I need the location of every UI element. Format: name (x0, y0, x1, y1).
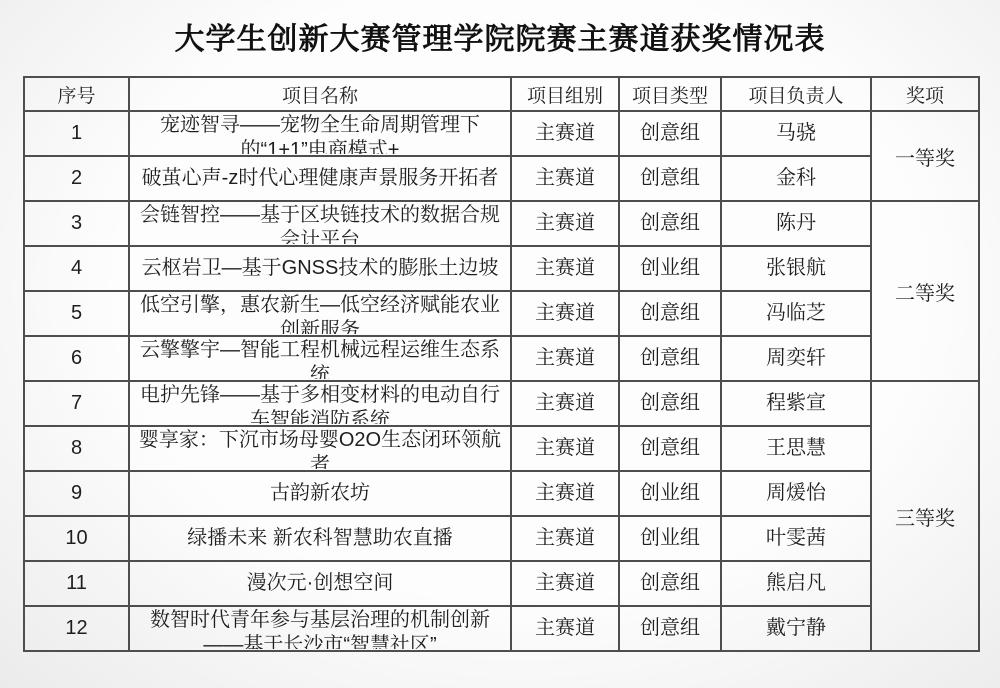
award-cell: 一等奖 (871, 111, 979, 201)
index-cell: 5 (24, 291, 129, 336)
group-text: 主赛道 (515, 616, 615, 641)
project-name-cell: 电护先锋——基于多相变材料的电动自行车智能消防系统 (129, 381, 511, 426)
name-text: 会链智控——基于区块链技术的数据合规会计平台 (133, 203, 507, 244)
group-cell: 主赛道 (511, 336, 619, 381)
index-cell: 12 (24, 606, 129, 651)
name-text: 电护先锋——基于多相变材料的电动自行车智能消防系统 (133, 383, 507, 424)
type-text: 创业组 (623, 256, 717, 281)
table-row: 7电护先锋——基于多相变材料的电动自行车智能消防系统主赛道创意组程紫宣三等奖 (24, 381, 979, 426)
index-cell: 8 (24, 426, 129, 471)
no-text: 12 (28, 616, 125, 641)
group-cell: 主赛道 (511, 111, 619, 156)
index-cell: 6 (24, 336, 129, 381)
group-cell: 主赛道 (511, 156, 619, 201)
scanned-award-table-page: 大学生创新大赛管理学院院赛主赛道获奖情况表 序号 项目名称 项目组别 项目类型 … (0, 0, 1000, 688)
leader-cell: 金科 (721, 156, 871, 201)
type-cell: 创意组 (619, 336, 721, 381)
table-row: 1宠迹智寻——宠物全生命周期管理下的“1+1”电商模式+主赛道创意组马骁一等奖 (24, 111, 979, 156)
no-text: 1 (28, 121, 125, 146)
leader-text: 戴宁静 (725, 616, 867, 641)
no-text: 9 (28, 481, 125, 506)
leader-cell: 马骁 (721, 111, 871, 156)
leader-cell: 叶雯茜 (721, 516, 871, 561)
group-text: 主赛道 (515, 256, 615, 281)
group-text: 主赛道 (515, 166, 615, 191)
table-row: 10绿播未来 新农科智慧助农直播主赛道创业组叶雯茜 (24, 516, 979, 561)
type-text: 创意组 (623, 166, 717, 191)
type-text: 创意组 (623, 616, 717, 641)
header-row: 序号 项目名称 项目组别 项目类型 项目负责人 奖项 (24, 77, 979, 111)
award-label: 二等奖 (875, 277, 975, 306)
group-cell: 主赛道 (511, 381, 619, 426)
name-text: 漫次元·创想空间 (133, 571, 507, 596)
type-cell: 创意组 (619, 426, 721, 471)
leader-cell: 冯临芝 (721, 291, 871, 336)
leader-text: 马骁 (725, 121, 867, 146)
project-name-cell: 婴享家：下沉市场母婴O2O生态闭环领航者 (129, 426, 511, 471)
group-cell: 主赛道 (511, 291, 619, 336)
type-cell: 创业组 (619, 516, 721, 561)
leader-text: 周煖怡 (725, 481, 867, 506)
group-text: 主赛道 (515, 121, 615, 146)
leader-text: 冯临芝 (725, 301, 867, 326)
project-name-cell: 会链智控——基于区块链技术的数据合规会计平台 (129, 201, 511, 246)
table-row: 6云擎擎宇—智能工程机械远程运维生态系统主赛道创意组周奕轩 (24, 336, 979, 381)
type-cell: 创意组 (619, 381, 721, 426)
name-text: 低空引擎，惠农新生—低空经济赋能农业创新服务 (133, 293, 507, 334)
table-row: 9古韵新农坊主赛道创业组周煖怡 (24, 471, 979, 516)
name-text: 古韵新农坊 (133, 481, 507, 506)
no-text: 4 (28, 256, 125, 281)
name-text: 破茧心声-z时代心理健康声景服务开拓者 (133, 166, 507, 191)
no-text: 10 (28, 526, 125, 551)
type-text: 创意组 (623, 391, 717, 416)
group-text: 主赛道 (515, 211, 615, 236)
project-name-cell: 漫次元·创想空间 (129, 561, 511, 606)
table-row: 3会链智控——基于区块链技术的数据合规会计平台主赛道创意组陈丹二等奖 (24, 201, 979, 246)
name-text: 数智时代青年参与基层治理的机制创新——基于长沙市“智慧社区” (133, 608, 507, 649)
group-cell: 主赛道 (511, 561, 619, 606)
index-cell: 7 (24, 381, 129, 426)
type-text: 创意组 (623, 571, 717, 596)
type-cell: 创意组 (619, 201, 721, 246)
leader-text: 金科 (725, 166, 867, 191)
no-text: 2 (28, 166, 125, 191)
type-cell: 创意组 (619, 606, 721, 651)
leader-cell: 戴宁静 (721, 606, 871, 651)
group-text: 主赛道 (515, 571, 615, 596)
project-name-cell: 古韵新农坊 (129, 471, 511, 516)
index-cell: 4 (24, 246, 129, 291)
leader-cell: 程紫宣 (721, 381, 871, 426)
awards-table: 序号 项目名称 项目组别 项目类型 项目负责人 奖项 1宠迹智寻——宠物全生命周… (23, 76, 980, 652)
type-cell: 创业组 (619, 246, 721, 291)
no-text: 7 (28, 391, 125, 416)
project-name-cell: 宠迹智寻——宠物全生命周期管理下的“1+1”电商模式+ (129, 111, 511, 156)
no-text: 8 (28, 436, 125, 461)
type-cell: 创意组 (619, 111, 721, 156)
award-label: 三等奖 (875, 502, 975, 531)
type-cell: 创业组 (619, 471, 721, 516)
group-text: 主赛道 (515, 346, 615, 371)
leader-cell: 王思慧 (721, 426, 871, 471)
name-text: 绿播未来 新农科智慧助农直播 (133, 526, 507, 551)
type-text: 创意组 (623, 346, 717, 371)
group-cell: 主赛道 (511, 246, 619, 291)
leader-cell: 陈丹 (721, 201, 871, 246)
col-header-project-name: 项目名称 (129, 77, 511, 111)
table-row: 11漫次元·创想空间主赛道创意组熊启凡 (24, 561, 979, 606)
table-body: 1宠迹智寻——宠物全生命周期管理下的“1+1”电商模式+主赛道创意组马骁一等奖2… (24, 111, 979, 651)
type-cell: 创意组 (619, 156, 721, 201)
table-header: 序号 项目名称 项目组别 项目类型 项目负责人 奖项 (24, 77, 979, 111)
group-text: 主赛道 (515, 436, 615, 461)
no-text: 3 (28, 211, 125, 236)
leader-text: 熊启凡 (725, 571, 867, 596)
group-text: 主赛道 (515, 301, 615, 326)
leader-cell: 张银航 (721, 246, 871, 291)
group-cell: 主赛道 (511, 426, 619, 471)
project-name-cell: 云擎擎宇—智能工程机械远程运维生态系统 (129, 336, 511, 381)
no-text: 6 (28, 346, 125, 371)
table-row: 4云枢岩卫—基于GNSS技术的膨胀土边坡主赛道创业组张银航 (24, 246, 979, 291)
type-text: 创业组 (623, 526, 717, 551)
award-cell: 三等奖 (871, 381, 979, 651)
award-cell: 二等奖 (871, 201, 979, 381)
index-cell: 2 (24, 156, 129, 201)
name-text: 婴享家：下沉市场母婴O2O生态闭环领航者 (133, 428, 507, 469)
index-cell: 11 (24, 561, 129, 606)
index-cell: 3 (24, 201, 129, 246)
project-name-cell: 破茧心声-z时代心理健康声景服务开拓者 (129, 156, 511, 201)
col-header-award: 奖项 (871, 77, 979, 111)
leader-text: 程紫宣 (725, 391, 867, 416)
col-header-type: 项目类型 (619, 77, 721, 111)
no-text: 5 (28, 301, 125, 326)
type-text: 创意组 (623, 121, 717, 146)
group-cell: 主赛道 (511, 201, 619, 246)
type-text: 创意组 (623, 436, 717, 461)
type-text: 创意组 (623, 211, 717, 236)
project-name-cell: 低空引擎，惠农新生—低空经济赋能农业创新服务 (129, 291, 511, 336)
group-text: 主赛道 (515, 526, 615, 551)
leader-text: 张银航 (725, 256, 867, 281)
table-row: 5低空引擎，惠农新生—低空经济赋能农业创新服务主赛道创意组冯临芝 (24, 291, 979, 336)
leader-text: 王思慧 (725, 436, 867, 461)
leader-text: 陈丹 (725, 211, 867, 236)
leader-cell: 周奕轩 (721, 336, 871, 381)
group-text: 主赛道 (515, 391, 615, 416)
group-cell: 主赛道 (511, 516, 619, 561)
group-cell: 主赛道 (511, 471, 619, 516)
leader-text: 叶雯茜 (725, 526, 867, 551)
leader-cell: 周煖怡 (721, 471, 871, 516)
no-text: 11 (28, 571, 125, 596)
type-text: 创业组 (623, 481, 717, 506)
col-header-leader: 项目负责人 (721, 77, 871, 111)
project-name-cell: 绿播未来 新农科智慧助农直播 (129, 516, 511, 561)
col-header-group: 项目组别 (511, 77, 619, 111)
index-cell: 9 (24, 471, 129, 516)
project-name-cell: 云枢岩卫—基于GNSS技术的膨胀土边坡 (129, 246, 511, 291)
group-text: 主赛道 (515, 481, 615, 506)
type-cell: 创意组 (619, 291, 721, 336)
name-text: 云枢岩卫—基于GNSS技术的膨胀土边坡 (133, 256, 507, 281)
col-header-index: 序号 (24, 77, 129, 111)
page-title: 大学生创新大赛管理学院院赛主赛道获奖情况表 (0, 0, 1000, 58)
table-row: 2破茧心声-z时代心理健康声景服务开拓者主赛道创意组金科 (24, 156, 979, 201)
table-row: 12数智时代青年参与基层治理的机制创新——基于长沙市“智慧社区”主赛道创意组戴宁… (24, 606, 979, 651)
type-text: 创意组 (623, 301, 717, 326)
index-cell: 10 (24, 516, 129, 561)
type-cell: 创意组 (619, 561, 721, 606)
name-text: 云擎擎宇—智能工程机械远程运维生态系统 (133, 338, 507, 379)
leader-cell: 熊启凡 (721, 561, 871, 606)
leader-text: 周奕轩 (725, 346, 867, 371)
group-cell: 主赛道 (511, 606, 619, 651)
table-row: 8婴享家：下沉市场母婴O2O生态闭环领航者主赛道创意组王思慧 (24, 426, 979, 471)
award-label: 一等奖 (875, 142, 975, 171)
project-name-cell: 数智时代青年参与基层治理的机制创新——基于长沙市“智慧社区” (129, 606, 511, 651)
name-text: 宠迹智寻——宠物全生命周期管理下的“1+1”电商模式+ (133, 113, 507, 154)
index-cell: 1 (24, 111, 129, 156)
